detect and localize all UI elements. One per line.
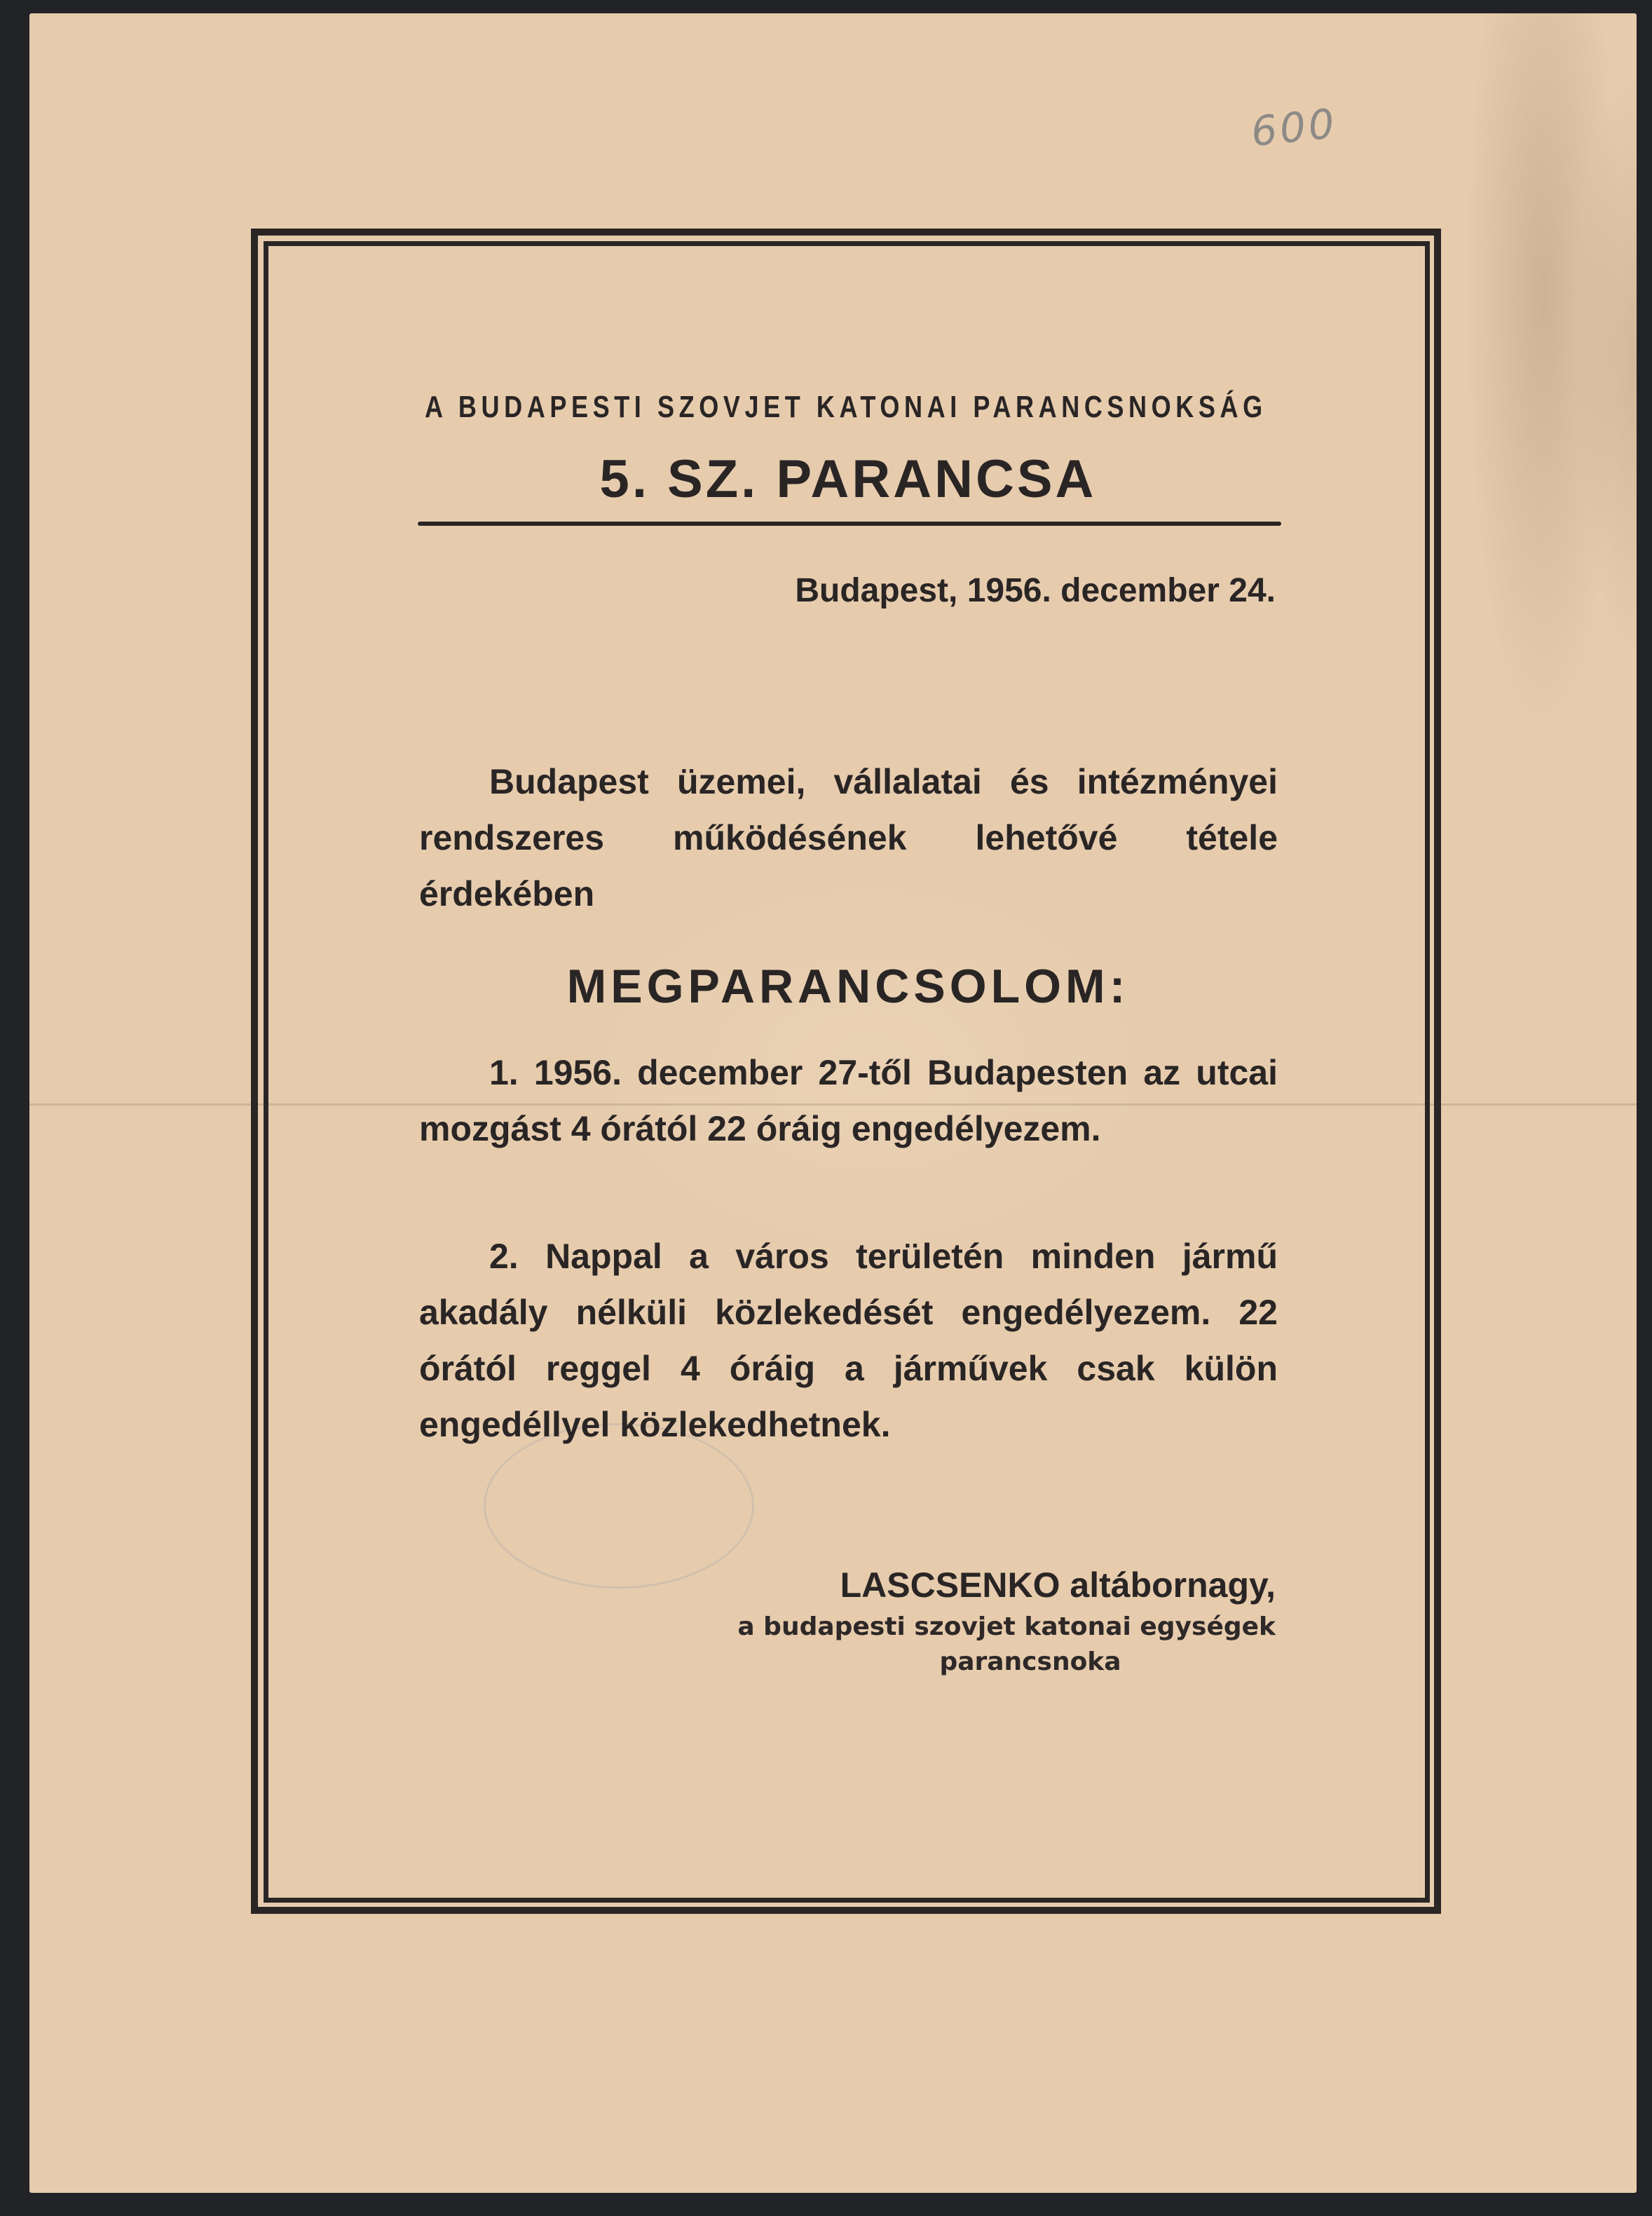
signature-title-line2: parancsnoka <box>701 1647 1276 1676</box>
issuing-authority: A BUDAPESTI SZOVJET KATONAI PARANCSNOKSÁ… <box>418 390 1274 425</box>
signature-title-line1: a budapesti szovjet katonai egységek <box>701 1612 1276 1641</box>
title-rule <box>418 522 1281 526</box>
signature-name: LASCSENKO altábornagy, <box>715 1565 1276 1605</box>
order-item-2: 2. Nappal a város területén minden jármű… <box>419 1228 1278 1453</box>
order-title: 5. SZ. PARANCSA <box>421 449 1276 510</box>
pencil-note: 600 <box>1249 100 1339 156</box>
order-item-1: 1. 1956. december 27-től Budapesten az u… <box>419 1045 1278 1157</box>
command-heading: MEGPARANCSOLOM: <box>421 959 1276 1014</box>
order-date: Budapest, 1956. december 24. <box>421 571 1276 610</box>
intro-paragraph: Budapest üzemei, vállalatai és intézmény… <box>419 754 1278 922</box>
